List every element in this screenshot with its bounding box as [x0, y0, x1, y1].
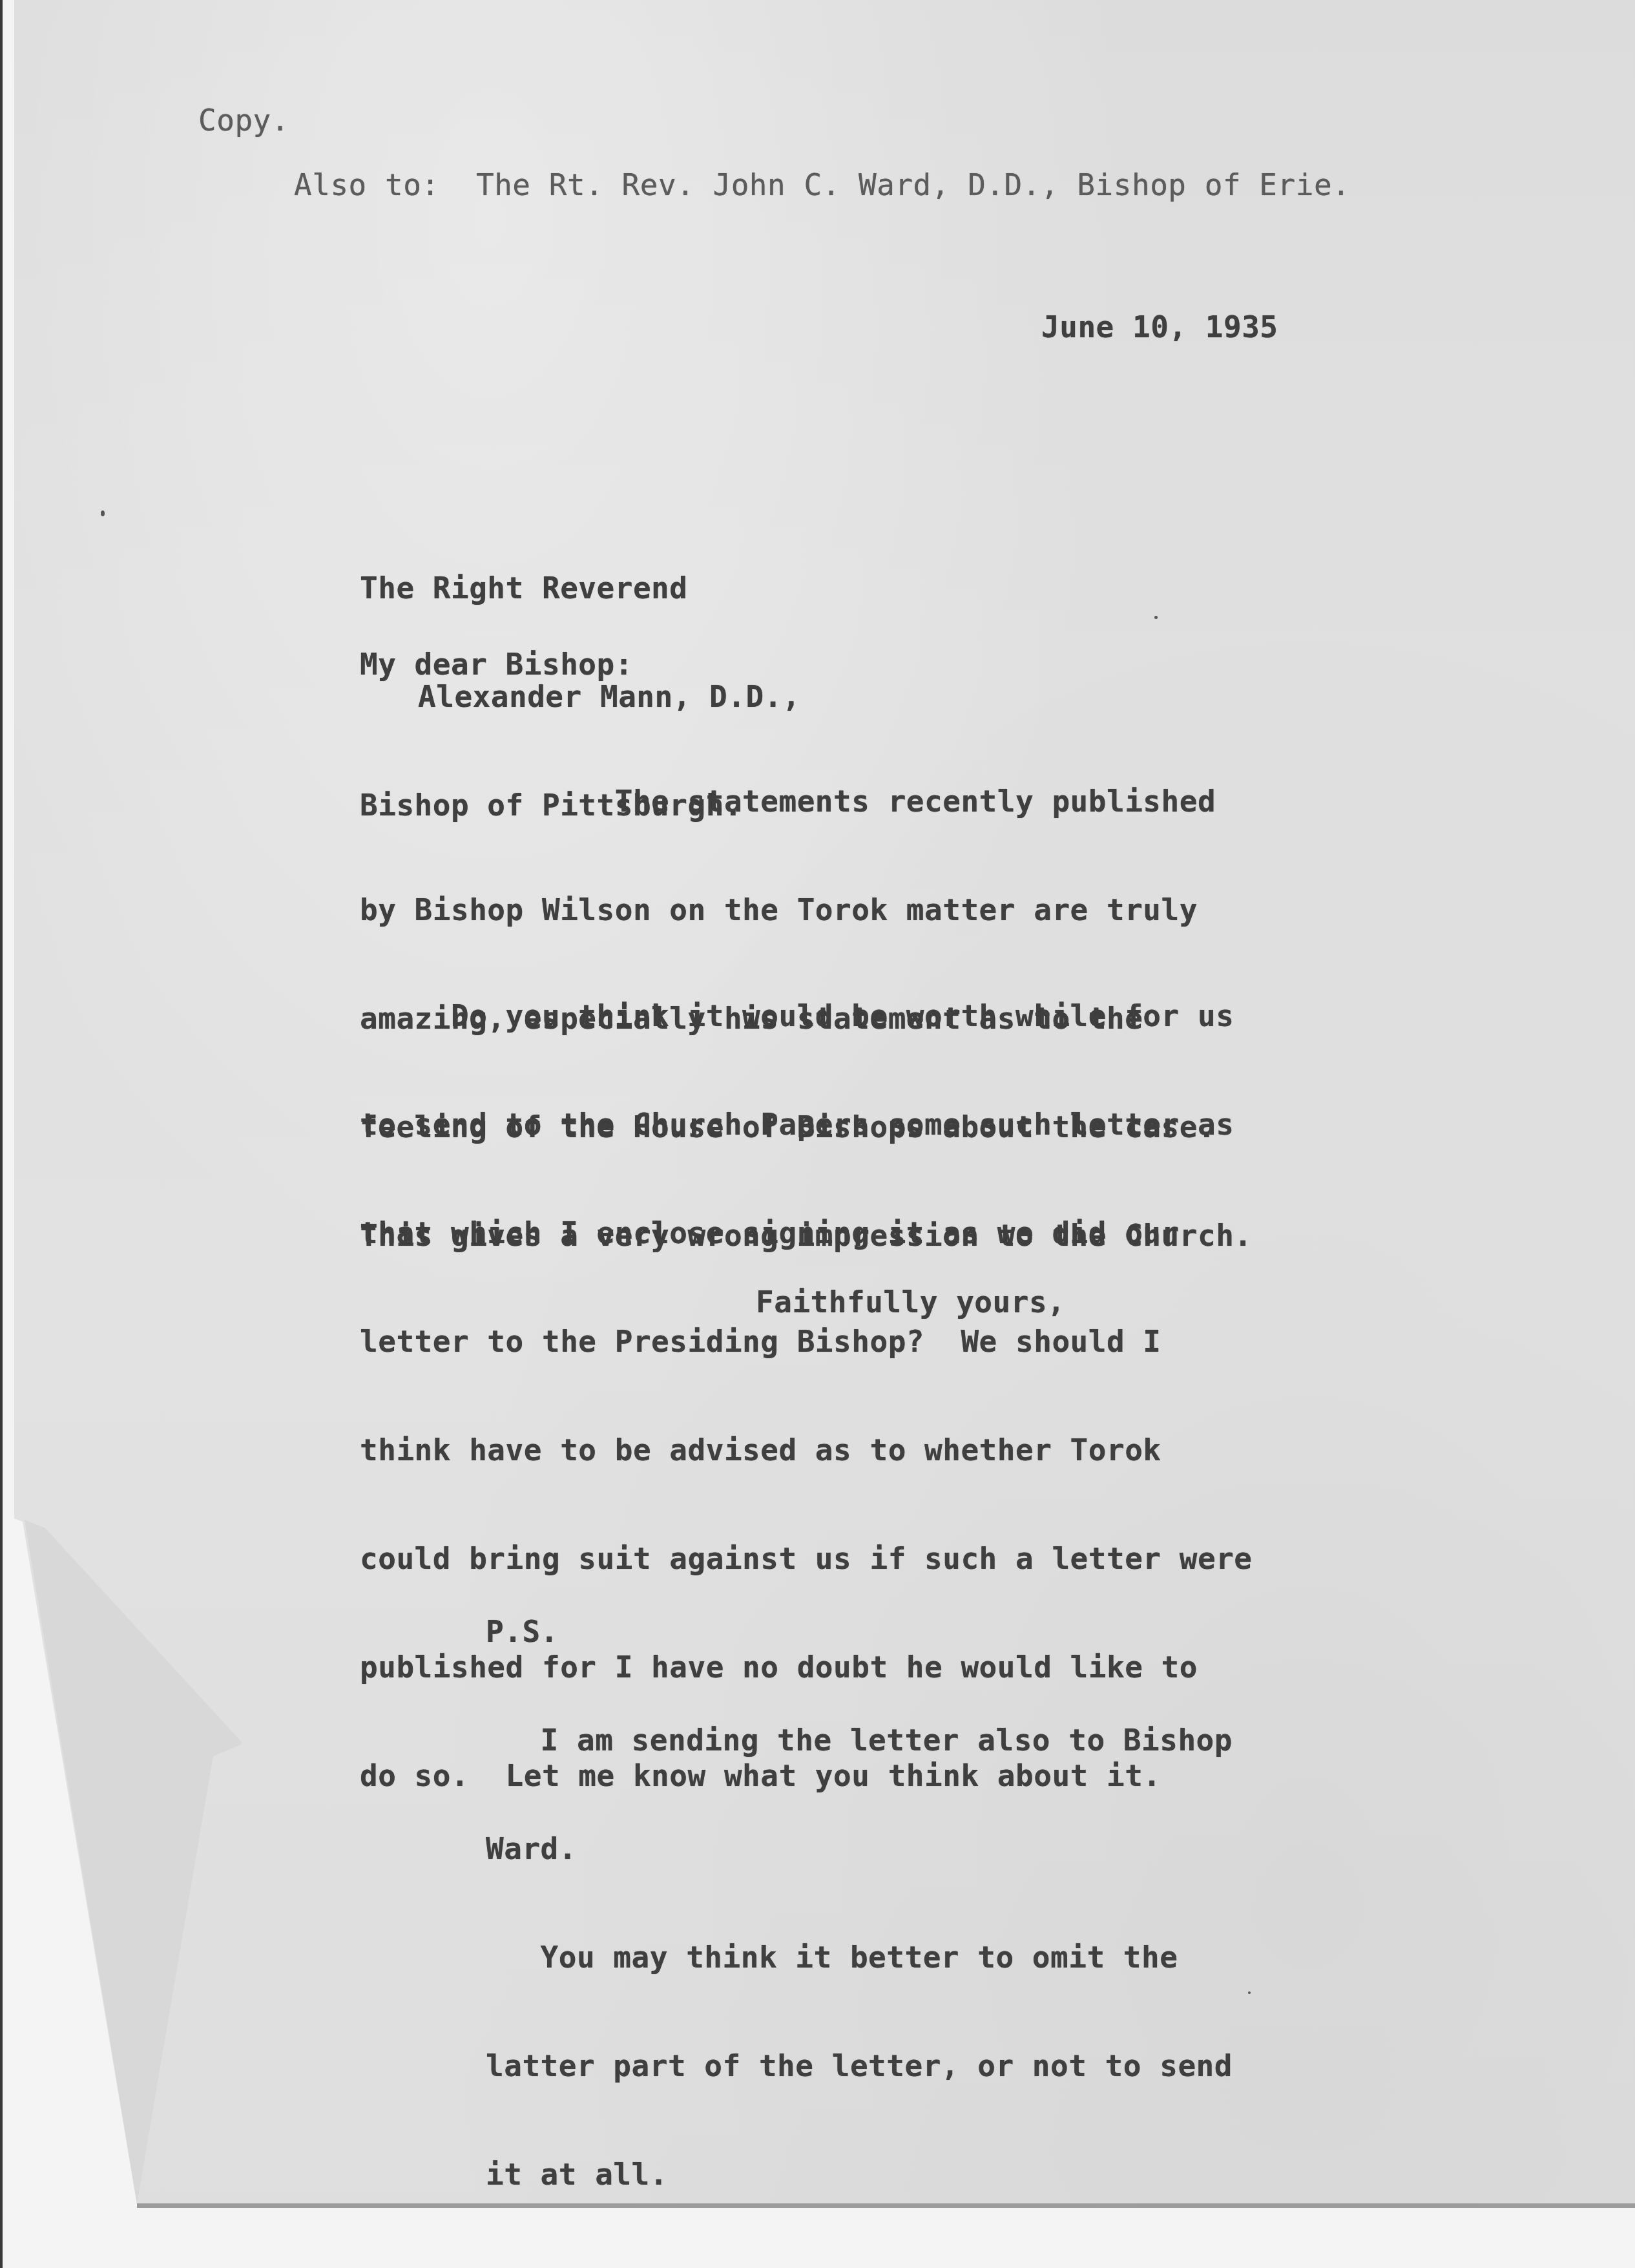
paper-speck: [101, 510, 105, 516]
postscript-label: P.S.: [486, 1613, 1233, 1650]
body-line: by Bishop Wilson on the Torok matter are…: [360, 892, 1253, 928]
closing: Faithfully yours,: [756, 1284, 1065, 1320]
paper-speck: [1248, 1991, 1251, 1994]
postscript-line: I am sending the letter also to Bishop: [486, 1722, 1233, 1758]
postscript-line: latter part of the letter, or not to sen…: [486, 2048, 1233, 2084]
letter-date: June 10, 1935: [1041, 309, 1278, 345]
body-line: The statements recently published: [360, 783, 1253, 819]
body-line: that which I enclose signing it as we di…: [360, 1215, 1253, 1251]
postscript-line: You may think it better to omit the: [486, 1939, 1233, 1975]
postscript-line: Ward.: [486, 1831, 1233, 1867]
address-line: The Right Reverend: [360, 570, 800, 606]
paper-speck: [1154, 616, 1158, 619]
body-line: letter to the Presiding Bishop? We shoul…: [360, 1323, 1253, 1360]
body-line: to send to the Church Papers some such l…: [360, 1106, 1253, 1142]
postscript: P.S. I am sending the letter also to Bis…: [486, 1541, 1233, 2229]
copy-mark: Copy.: [198, 102, 289, 138]
salutation: My dear Bishop:: [360, 646, 633, 682]
scanner-edge: [0, 0, 3, 2268]
postscript-line: it at all.: [486, 2156, 1233, 2192]
body-line: Do you think it would be worth while for…: [360, 998, 1253, 1034]
cc-line: Also to: The Rt. Rev. John C. Ward, D.D.…: [294, 167, 1350, 203]
body-line: think have to be advised as to whether T…: [360, 1432, 1253, 1468]
address-line: Alexander Mann, D.D.,: [360, 678, 800, 715]
